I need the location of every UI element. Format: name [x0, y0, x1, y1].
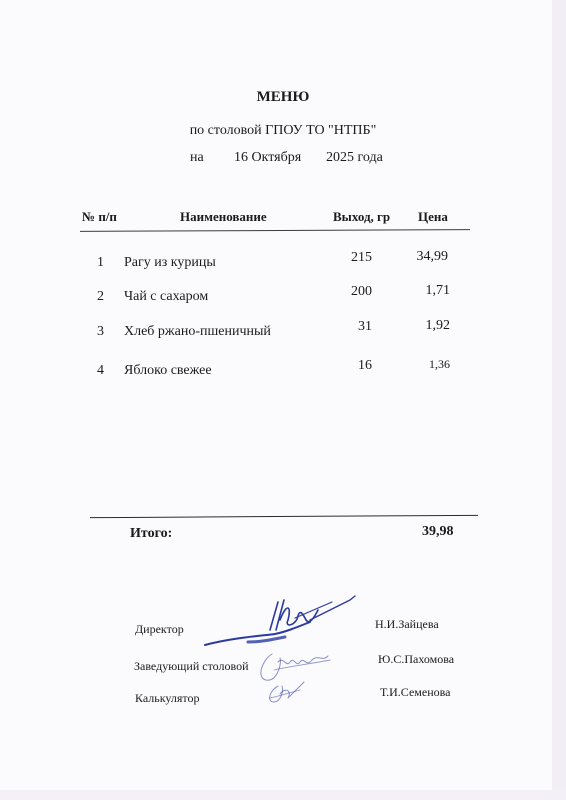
row-output: 16 [330, 358, 372, 374]
scan-edge-right [552, 0, 566, 800]
signature-name-calculator: Т.И.Семенова [380, 685, 450, 700]
total-label: Итого: [130, 526, 172, 542]
column-header-name: Наименование [180, 209, 267, 225]
column-header-number: № п/п [82, 209, 117, 225]
table-row: 4 Яблоко свежее 16 1,36 [0, 363, 566, 383]
signature-role-calculator: Калькулятор [135, 691, 199, 706]
row-price: 1,36 [410, 357, 450, 372]
row-price: 1,71 [410, 283, 450, 299]
scan-edge-bottom [0, 790, 566, 800]
row-number: 2 [97, 289, 104, 305]
date-day-month: 16 Октября [234, 150, 301, 166]
table-row: 1 Рагу из курицы 215 34,99 [0, 255, 566, 275]
row-number: 1 [97, 255, 104, 271]
date-prefix: на [190, 150, 204, 166]
row-output: 200 [330, 284, 372, 300]
document-title: МЕНЮ [0, 89, 566, 106]
date-year: 2025 года [326, 150, 383, 166]
document-subtitle: по столовой ГПОУ ТО "НТПБ" [0, 123, 566, 139]
row-number: 4 [97, 363, 104, 379]
column-header-output: Выход, гр [333, 209, 390, 225]
signature-role-director: Директор [135, 622, 184, 637]
table-row: 2 Чай с сахаром 200 1,71 [0, 289, 566, 309]
handwritten-signatures [200, 590, 380, 715]
signature-name-director: Н.И.Зайцева [375, 617, 439, 632]
row-name: Хлеб ржано-пшеничный [124, 324, 271, 340]
row-price: 34,99 [408, 249, 448, 265]
row-name: Рагу из курицы [124, 255, 216, 271]
column-header-price: Цена [418, 209, 448, 225]
row-name: Чай с сахаром [124, 289, 208, 305]
row-name: Яблоко свежее [124, 363, 212, 379]
row-output: 31 [330, 319, 372, 335]
row-number: 3 [97, 324, 104, 340]
table-row: 3 Хлеб ржано-пшеничный 31 1,92 [0, 324, 566, 344]
signature-name-canteen-manager: Ю.С.Пахомова [378, 652, 454, 667]
row-price: 1,92 [410, 318, 450, 334]
row-output: 215 [330, 250, 372, 266]
total-value: 39,98 [422, 524, 454, 540]
